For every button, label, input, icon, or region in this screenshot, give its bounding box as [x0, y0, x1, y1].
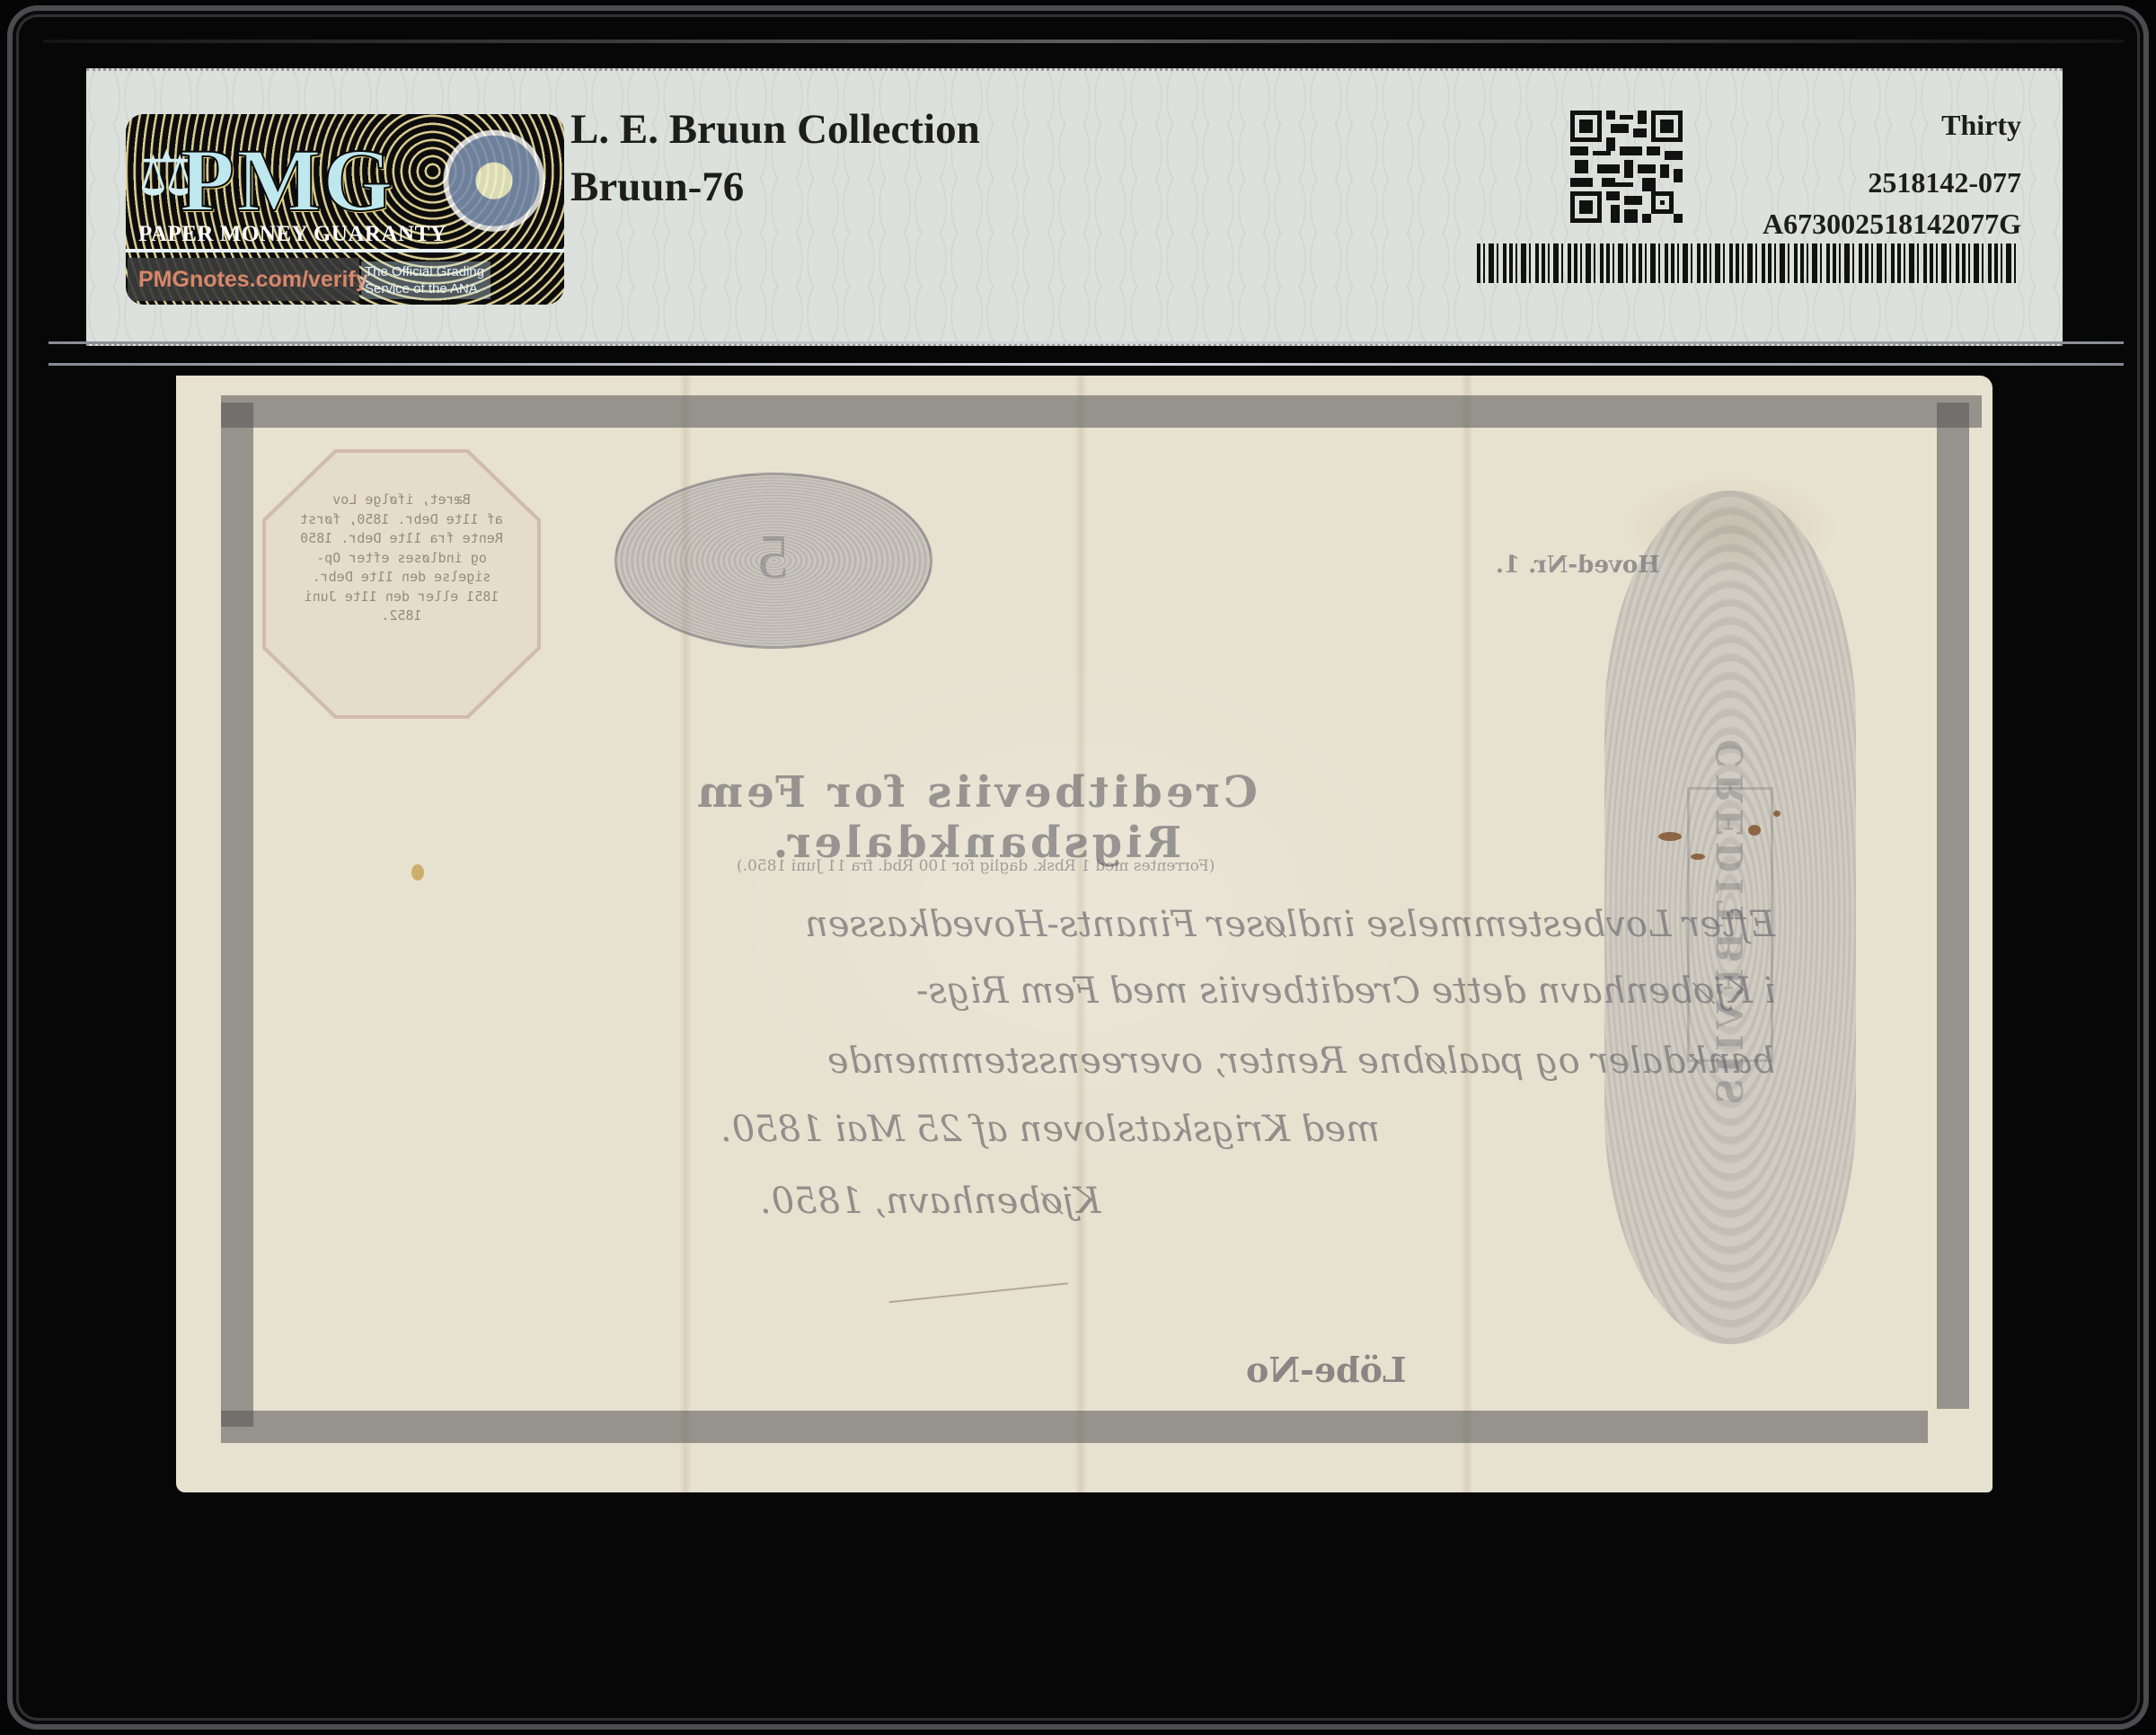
greek-key-border-left	[221, 403, 253, 1427]
denomination-numeral: 5	[617, 522, 930, 594]
holder-rail-top	[49, 341, 2124, 344]
script-line-4: med Krigskatsloven af 25 Mai 1850.	[720, 1109, 1380, 1150]
holder-rail-bottom	[49, 363, 2124, 366]
right-ornamental-panel: CREDITBEVIIS	[1604, 491, 1856, 1344]
stain-spot	[411, 864, 424, 881]
pmg-full-name: PAPER MONEY GUARANTY	[138, 222, 446, 247]
signature-mark	[883, 1229, 1067, 1304]
verify-url[interactable]: PMGnotes.com/verify	[138, 267, 368, 293]
date-line: Kjøbenhavn, 1850.	[760, 1181, 1100, 1222]
lobe-number: Löbe-No	[1246, 1350, 1407, 1390]
ana-official-text: The Official Grading Service of the ANA	[361, 261, 490, 299]
barcode-icon[interactable]	[1477, 243, 2019, 283]
barcode-serial: A673002518142077G	[1763, 208, 2021, 241]
foxing-spot	[1658, 832, 1682, 841]
octagonal-interest-stamp: Bæret, ifølge Lov af 11te Debr. 1850, fø…	[262, 449, 541, 719]
greek-key-border-bottom	[221, 1411, 1928, 1443]
slab-top-edge	[43, 40, 2124, 43]
banknote-back: Bæret, ifølge Lov af 11te Debr. 1850, fø…	[176, 376, 1993, 1492]
stamp-text: Bæret, ifølge Lov af 11te Debr. 1850, fø…	[289, 491, 514, 626]
foxing-spot	[1773, 810, 1780, 817]
right-panel-text: CREDITBEVIIS	[1710, 739, 1752, 1110]
pmg-hologram-logo-icon: ⚖ PMG PAPER MONEY GUARANTY PMGnotes.com/…	[126, 114, 564, 305]
pmg-wordmark: PMG	[180, 128, 394, 232]
certification-number: 2518142-077	[1868, 166, 2021, 199]
foxing-spot	[1748, 825, 1761, 836]
greek-key-border-top	[221, 395, 1982, 428]
grade-text: Thirty	[1941, 109, 2021, 142]
hologram-divider	[126, 249, 564, 252]
collection-title: L. E. Bruun Collection	[570, 105, 980, 154]
note-headline: Creditbeviis for Fem Rigsbankdaler.	[508, 767, 1443, 868]
grading-label: ⚖ PMG PAPER MONEY GUARANTY PMGnotes.com/…	[86, 68, 2063, 346]
greek-key-border-right	[1937, 403, 1969, 1409]
catalog-number: Bruun-76	[570, 163, 744, 211]
pmg-slab-holder: ⚖ PMG PAPER MONEY GUARANTY PMGnotes.com/…	[7, 5, 2149, 1730]
ornamental-oval-vignette: 5	[614, 473, 932, 649]
qr-code-icon[interactable]	[1570, 110, 1683, 224]
foxing-spot	[1691, 854, 1705, 860]
note-subline: (Forrentes med 1 Rbsk. daglig for 100 Rb…	[737, 857, 1215, 875]
